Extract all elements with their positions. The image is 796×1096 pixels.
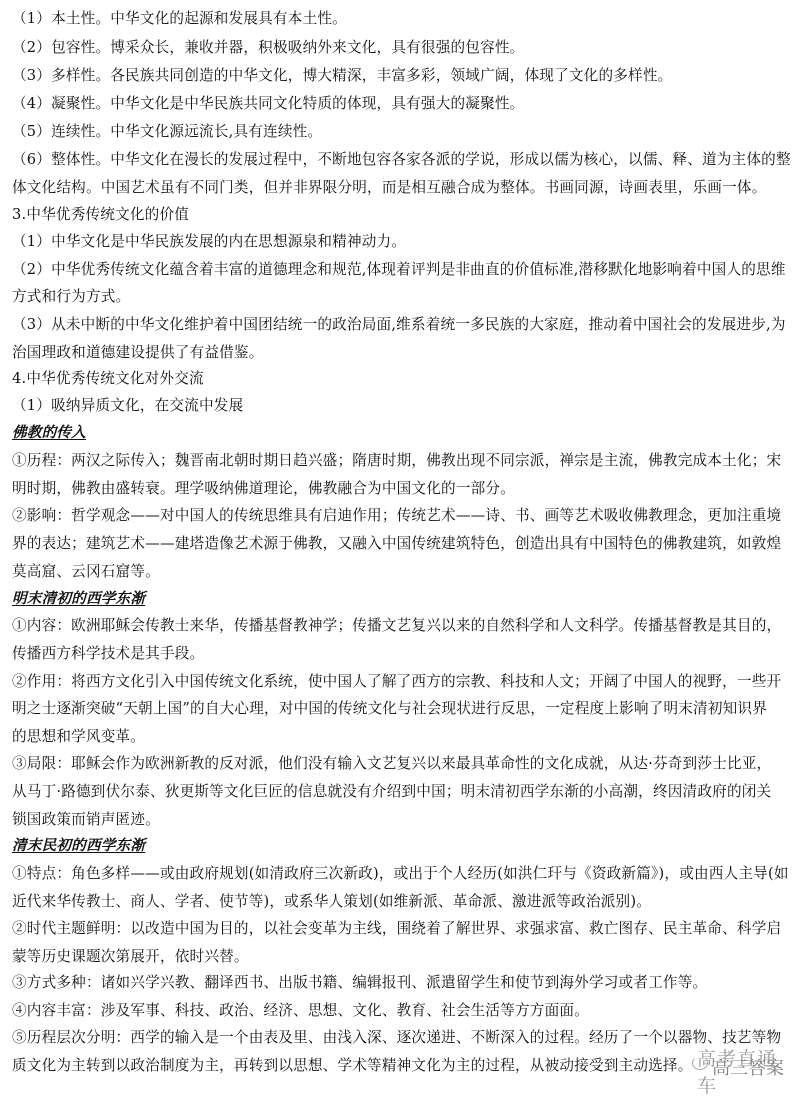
list-item: （2）中华优秀传统文化蕴含着丰富的道德理念和规范,体现着评判是非曲直的价值标准,… — [12, 260, 786, 280]
paragraph-line: 锁国政策而销声匿迹。 — [12, 810, 160, 830]
paragraph-line: 方式和行为方式。 — [12, 287, 130, 307]
list-item: （1）吸纳异质文化，在交流中发展 — [12, 396, 243, 416]
list-item: ①历程：两汉之际传入；魏晋南北朝时期日趋兴盛；隋唐时期，佛教出现不同宗派，禅宗是… — [12, 451, 781, 471]
list-item: ③方式多种：诸如兴学兴教、翻译西书、出版书籍、编辑报刊、派遣留学生和使节到海外学… — [12, 973, 707, 993]
paragraph-line: 近代来华传教士、商人、学者、使节等)，或系华人策划(如维新派、革命派、激进派等政… — [12, 892, 651, 912]
list-item: ③局限：耶稣会作为欧洲新教的反对派，他们没有输入文艺复兴以来最具革命性的文化成就… — [12, 754, 771, 774]
list-item: （5）连续性。中华文化源远流长,具有连续性。 — [12, 122, 322, 142]
list-item: ①内容：欧洲耶稣会传教士来华，传播基督教神学；传播文艺复兴以来的自然科学和人文科… — [12, 616, 781, 636]
list-item: ②作用：将西方文化引入中国传统文化系统，使中国人了解了西方的宗教、科技和人文；开… — [12, 672, 781, 692]
paragraph-line: 明时期，佛教由盛转衰。理学吸纳佛道理论，佛教融合为中国文化的一部分。 — [12, 479, 515, 499]
paragraph-line: 传播西方科学技术是其手段。 — [12, 644, 204, 664]
list-item: （1）中华文化是中华民族发展的内在思想源泉和精神动力。 — [12, 232, 406, 252]
paragraph-line: 治国理政和道德建设提供了有益借鉴。 — [12, 343, 264, 363]
watermark: 高考直通车 高三答案 — [700, 1048, 796, 1080]
section-title: 4.中华优秀传统文化对外交流 — [12, 369, 204, 389]
section-title: 3.中华优秀传统文化的价值 — [12, 205, 189, 225]
paragraph-line: 界的表达；建筑艺术——建塔造像艺术源于佛教，又融入中国传统建筑特色，创造出具有中… — [12, 534, 781, 554]
paragraph-line: 莫高窟、云冈石窟等。 — [12, 562, 160, 582]
list-item: （3）多样性。各民族共同创造的中华文化，博大精深，丰富多彩，领域广阔，体现了文化… — [12, 66, 672, 86]
list-item: （1）本土性。中华文化的起源和发展具有本土性。 — [12, 9, 347, 29]
list-item: （2）包容性。博采众长，兼收并器，积极吸纳外来文化，具有很强的包容性。 — [12, 38, 524, 58]
list-item: ②时代主题鲜明：以改造中国为目的，以社会变革为主线，围绕着了解世界、求强求富、救… — [12, 919, 781, 939]
paragraph-line: 的思想和学风变革。 — [12, 727, 145, 747]
paragraph-line: 质文化为主转到以政治制度为主，再转到以思想、学术等精神文化为主的过程，从被动接受… — [12, 1056, 693, 1076]
list-item: ⑤历程层次分明：西学的输入是一个由表及里、由浅入深、逐次递进、不断深入的过程。经… — [12, 1028, 781, 1048]
list-item: （4）凝聚性。中华文化是中华民族共同文化特质的体现，具有强大的凝聚性。 — [12, 94, 524, 114]
watermark-text-secondary: 高三答案 — [712, 1054, 784, 1080]
paragraph-line: 从马丁·路德到伏尔泰、狄更斯等文化巨匠的信息就没有介绍到中国；明末清初西学东渐的… — [12, 782, 771, 802]
paragraph-line: 明之士逐渐突破“天朝上国”的自大心理，对中国的传统文化与社会现状进行反思，一定程… — [12, 699, 767, 719]
subsection-heading: 明末清初的西学东渐 — [12, 589, 145, 609]
paragraph-line: 体文化结构。中国艺术虽有不同门类，但并非界限分明，而是相互融合成为整体。书画同源… — [12, 178, 767, 198]
list-item: ①特点：角色多样——或由政府规划(如清政府三次新政)，或出于个人经历(如洪仁玕与… — [12, 864, 789, 884]
list-item: ④内容丰富：涉及军事、科技、政治、经济、思想、文化、教育、社会生活等方方面面。 — [12, 1001, 589, 1021]
paragraph-line: 蒙等历史课题次第展开，依时兴替。 — [12, 947, 249, 967]
list-item: ②影响：哲学观念——对中国人的传统思维具有启迪作用；传统艺术——诗、书、画等艺术… — [12, 506, 781, 526]
subsection-heading: 佛教的传入 — [12, 423, 86, 443]
subsection-heading: 清末民初的西学东渐 — [12, 836, 145, 856]
list-item: （6）整体性。中华文化在漫长的发展过程中，不断地包容各家各派的学说，形成以儒为核… — [12, 150, 791, 170]
list-item: （3）从未中断的中华文化维护着中国团结统一的政治局面,维系着统一多民族的大家庭，… — [12, 315, 786, 335]
